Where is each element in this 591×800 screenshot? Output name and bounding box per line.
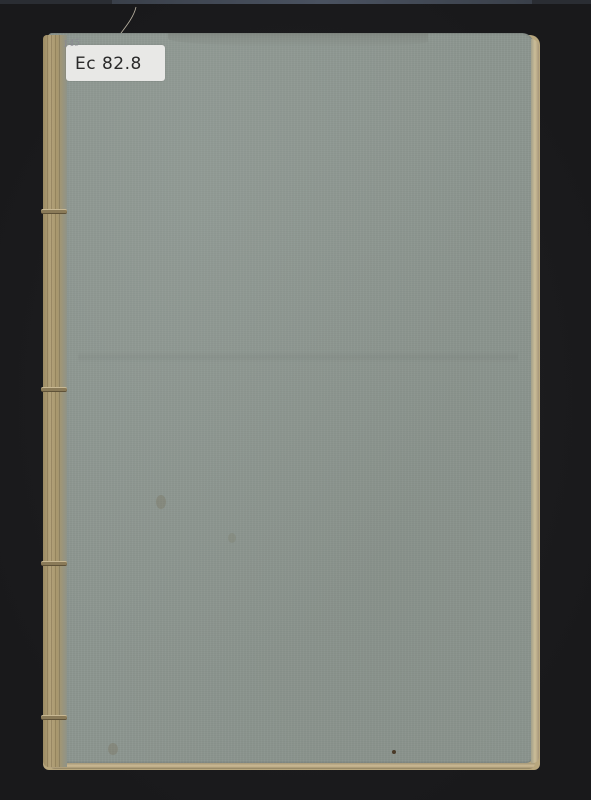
pencil-note: 145 xyxy=(63,38,81,50)
photo-scene: Ec 82.8 145 xyxy=(0,0,591,800)
right-page-edge xyxy=(531,39,539,763)
binding-stitch xyxy=(41,715,67,720)
binding-stitch xyxy=(41,209,67,214)
call-number: Ec 82.8 xyxy=(75,54,142,74)
shelf-label: Ec 82.8 xyxy=(66,45,165,81)
book: Ec 82.8 145 xyxy=(43,33,539,769)
stain xyxy=(228,533,236,543)
top-edge-highlight xyxy=(112,0,532,4)
ink-dot xyxy=(392,750,396,754)
cover-fold xyxy=(78,351,518,363)
spine-texture xyxy=(47,35,61,767)
book-cover xyxy=(48,33,534,763)
stain xyxy=(156,495,166,509)
top-wear xyxy=(168,33,428,47)
bottom-page-edge xyxy=(49,763,535,769)
binding-stitch xyxy=(41,561,67,566)
binding-stitch xyxy=(41,387,67,392)
stain xyxy=(108,743,118,755)
book-spine xyxy=(43,35,67,767)
